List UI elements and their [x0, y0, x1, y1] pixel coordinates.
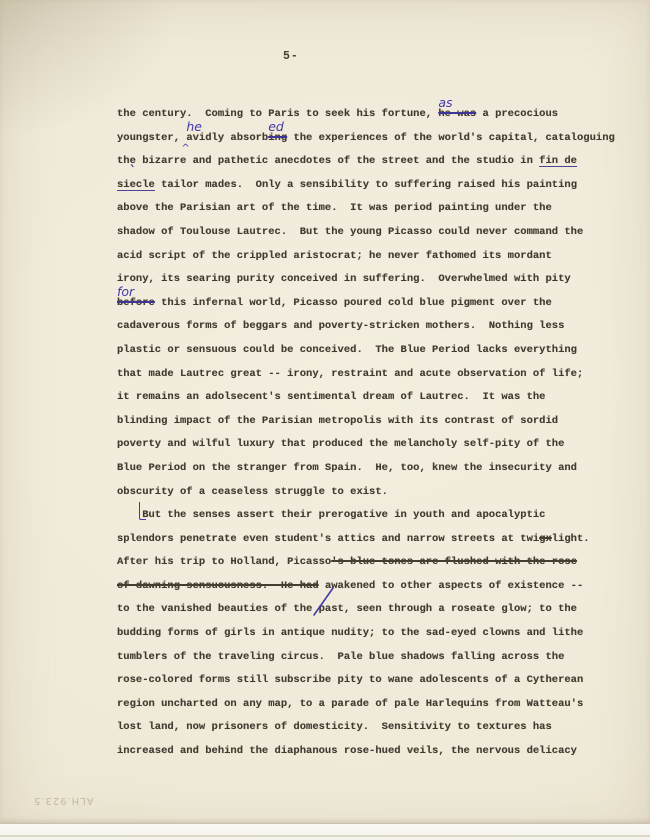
typescript-line-12: that made Lautrec great -- irony, restra… — [117, 363, 597, 387]
typescript-line-13: it remains an adolsecent's sentimental d… — [117, 386, 597, 410]
typed-text: splendors penetrate even student's attic… — [117, 533, 539, 545]
typescript-line-14: blinding impact of the Parisian metropol… — [117, 410, 597, 434]
typescript-line-21: of dawning sensuousness. He had awakened… — [117, 575, 597, 599]
typed-text: youngster, — [117, 132, 186, 144]
typescript-line-20: After his trip to Holland, Picasso's blu… — [117, 551, 597, 575]
typescript-line-6: shadow of Toulouse Lautrec. But the youn… — [117, 221, 597, 245]
typed-text: cadaverous forms of beggars and poverty-… — [117, 320, 564, 332]
page-number: 5- — [283, 50, 299, 63]
underlined-text: si — [117, 179, 130, 191]
typescript-line-16: Blue Period on the stranger from Spain. … — [117, 457, 597, 481]
typescript-line-9: forbefore this infernal world, Picasso p… — [117, 292, 597, 316]
typed-text: blinding impact of the Parisian metropol… — [117, 415, 558, 427]
typed-text: increased and behind the diaphanous rose… — [117, 745, 577, 757]
typescript-line-23: budding forms of girls in antique nudity… — [117, 622, 597, 646]
typescript-line-22: to the vanished beauties of the past, se… — [117, 598, 597, 622]
typescript-line-27: lost land, now prisoners of domesticity.… — [117, 716, 597, 740]
typescript-line-4: si`ecle tailor mades. Only a sensibility… — [117, 174, 597, 198]
typed-text: plastic or sensuous could be conceived. … — [117, 344, 577, 356]
paper-bottom-edge — [0, 823, 650, 840]
typed-text: it remains an adolsecent's sentimental d… — [117, 391, 545, 403]
typescript-line-19: splendors penetrate even student's attic… — [117, 528, 597, 552]
typed-text: light. — [552, 533, 590, 545]
typescript-line-28: increased and behind the diaphanous rose… — [117, 740, 597, 764]
typescript-line-10: cadaverous forms of beggars and poverty-… — [117, 315, 597, 339]
typed-text: obscurity of a ceaseless struggle to exi… — [117, 486, 388, 498]
typed-text: the bizarre and pathetic anecdotes of th… — [117, 155, 539, 167]
typed-strikethrough: gx — [539, 533, 552, 545]
typescript-line-2: youngster, he^avidly absorbeding the exp… — [117, 127, 597, 151]
typed-text: above the Parisian art of the time. It w… — [117, 202, 552, 214]
typed-strikethrough: 's blue tones are flushed with the rose — [331, 556, 577, 568]
typed-text: poverty and wilful luxury that produced … — [117, 438, 564, 450]
underlined-text: fin de — [539, 155, 577, 167]
typed-text: lost land, now prisoners of domesticity.… — [117, 721, 552, 733]
typed-text: this infernal world, Picasso poured cold… — [155, 297, 552, 309]
typed-text: But the senses assert their prerogative … — [142, 509, 545, 521]
typescript-line-15: poverty and wilful luxury that produced … — [117, 433, 597, 457]
typed-text: a precocious — [476, 108, 558, 120]
typed-text: irony, its searing purity conceived in s… — [117, 273, 571, 285]
archive-stamp: ALH.923.5 — [33, 795, 94, 806]
typescript-line-5: above the Parisian art of the time. It w… — [117, 197, 597, 221]
manuscript-page: 5- the century. Coming to Paris to seek … — [0, 0, 650, 840]
typed-text: that made Lautrec great -- irony, restra… — [117, 368, 583, 380]
typed-text: Blue Period on the stranger from Spain. … — [117, 462, 577, 474]
typescript-line-26: region uncharted on any map, to a parade… — [117, 693, 597, 717]
typescript-line-18: But the senses assert their prerogative … — [117, 504, 597, 528]
typed-strikethrough: of dawning sensuousness. He had — [117, 580, 319, 592]
typescript-line-25: rose-colored forms still subscribe pity … — [117, 669, 597, 693]
typed-text: acid script of the crippled aristocrat; … — [117, 250, 552, 262]
typed-text: to the vanished beauties of the past, se… — [117, 603, 577, 615]
typed-text: the experiences of the world's capital, … — [287, 132, 615, 144]
typescript-line-24: tumblers of the traveling circus. Pale b… — [117, 646, 597, 670]
paper-bottom-edge-line — [0, 835, 650, 837]
typed-text: After his trip to Holland, Picasso — [117, 556, 331, 568]
typed-text: shadow of Toulouse Lautrec. But the youn… — [117, 226, 583, 238]
typescript-body: the century. Coming to Paris to seek his… — [117, 103, 597, 764]
typed-text: budding forms of girls in antique nudity… — [117, 627, 583, 639]
typed-text: awakened to other aspects of existence -… — [319, 580, 584, 592]
typed-text: tumblers of the traveling circus. Pale b… — [117, 651, 564, 663]
typescript-line-8: irony, its searing purity conceived in s… — [117, 268, 597, 292]
typed-text: rose-colored forms still subscribe pity … — [117, 674, 583, 686]
typescript-line-7: acid script of the crippled aristocrat; … — [117, 245, 597, 269]
insertion-caret: ^ — [181, 143, 189, 154]
typescript-line-11: plastic or sensuous could be conceived. … — [117, 339, 597, 363]
typescript-line-17: obscurity of a ceaseless struggle to exi… — [117, 481, 597, 505]
typed-text: tailor mades. Only a sensibility to suff… — [155, 179, 577, 191]
underlined-text: ecle — [130, 179, 155, 191]
typed-text: region uncharted on any map, to a parade… — [117, 698, 583, 710]
